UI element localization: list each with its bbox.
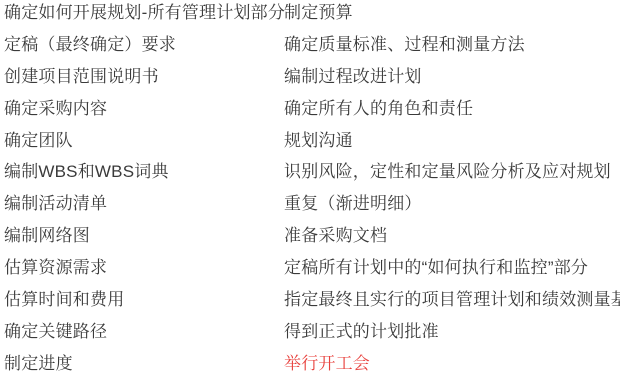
list-item: 定稿所有计划中的“如何执行和监控”部分 — [284, 252, 620, 284]
list-item: 制定进度 — [4, 348, 285, 380]
list-item: 编制WBS和WBS词典 — [4, 156, 285, 188]
list-item: 估算时间和费用 — [4, 284, 285, 316]
list-item: 识别风险，定性和定量风险分析及应对规划 — [284, 156, 620, 188]
document-page: 确定如何开展规划-所有管理计划部分 定稿（最终确定）要求 创建项目范围说明书 确… — [0, 0, 620, 383]
list-item: 确定关键路径 — [4, 316, 285, 348]
list-item-highlighted-kickoff-meeting: 举行开工会 — [284, 348, 620, 380]
list-item: 确定质量标准、过程和测量方法 — [284, 29, 620, 61]
list-item: 重复（渐进明细） — [284, 188, 620, 220]
list-item: 指定最终且实行的项目管理计划和绩效测量基准 — [284, 284, 620, 316]
list-item: 确定所有人的角色和责任 — [284, 93, 620, 125]
planning-list-left-column: 确定如何开展规划-所有管理计划部分 定稿（最终确定）要求 创建项目范围说明书 确… — [4, 0, 285, 380]
list-item: 编制过程改进计划 — [284, 61, 620, 93]
list-item: 准备采购文档 — [284, 220, 620, 252]
list-item: 确定如何开展规划-所有管理计划部分 — [4, 0, 285, 29]
list-item: 定稿（最终确定）要求 — [4, 29, 285, 61]
list-item: 制定预算 — [284, 0, 620, 29]
list-item: 得到正式的计划批准 — [284, 316, 620, 348]
list-item: 编制网络图 — [4, 220, 285, 252]
list-item: 规划沟通 — [284, 125, 620, 157]
list-item: 估算资源需求 — [4, 252, 285, 284]
list-item: 编制活动清单 — [4, 188, 285, 220]
list-item: 创建项目范围说明书 — [4, 61, 285, 93]
planning-list-right-column: 制定预算 确定质量标准、过程和测量方法 编制过程改进计划 确定所有人的角色和责任… — [284, 0, 620, 380]
list-item: 确定团队 — [4, 125, 285, 157]
list-item: 确定采购内容 — [4, 93, 285, 125]
